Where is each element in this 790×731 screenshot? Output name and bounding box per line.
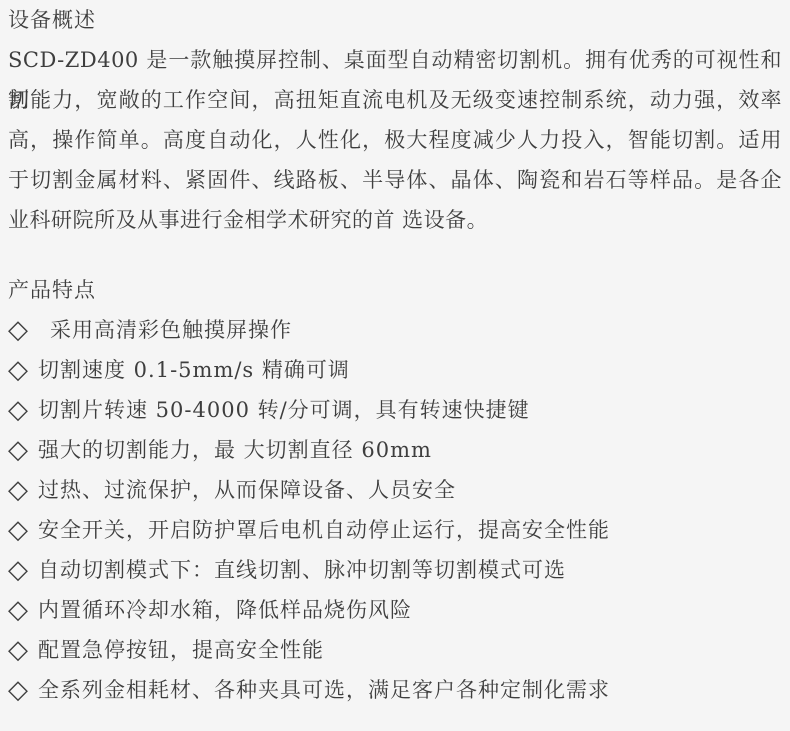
diamond-bullet-icon: ◇ (8, 470, 38, 510)
feature-text: 过热、过流保护，从而保障设备、人员安全 (38, 470, 456, 510)
feature-item: ◇ 切割速度 0.1-5mm/s 精确可调 (8, 350, 782, 390)
feature-item: ◇ 内置循环冷却水箱，降低样品烧伤风险 (8, 590, 782, 630)
feature-text: 配置急停按钮，提高安全性能 (38, 630, 324, 670)
diamond-bullet-icon: ◇ (8, 670, 38, 710)
overview-paragraph-line: 高，操作简单。高度自动化，人性化，极大程度减少人力投入，智能切割。适用 (8, 120, 782, 160)
diamond-bullet-icon: ◇ (8, 350, 38, 390)
feature-text: 安全开关，开启防护罩后电机自动停止运行，提高安全性能 (38, 510, 610, 550)
diamond-bullet-icon: ◇ (8, 550, 38, 590)
feature-item: ◇ 切割片转速 50-4000 转/分可调，具有转速快捷键 (8, 390, 782, 430)
feature-item: ◇ 强大的切割能力，最 大切割直径 60mm (8, 430, 782, 470)
feature-text: 切割速度 0.1-5mm/s 精确可调 (38, 350, 350, 390)
overview-paragraph-line: SCD-ZD400 是一款触摸屏控制、桌面型自动精密切割机。拥有优秀的可视性和切 (8, 40, 782, 80)
overview-paragraph-line: 割能力，宽敞的工作空间，高扭矩直流电机及无级变速控制系统，动力强，效率 (8, 80, 782, 120)
feature-text: 采用高清彩色触摸屏操作 (50, 310, 292, 350)
feature-list: ◇ 采用高清彩色触摸屏操作 ◇ 切割速度 0.1-5mm/s 精确可调 ◇ 切割… (8, 310, 782, 710)
feature-text: 自动切割模式下：直线切割、脉冲切割等切割模式可选 (38, 550, 566, 590)
feature-item: ◇ 配置急停按钮，提高安全性能 (8, 630, 782, 670)
feature-text: 内置循环冷却水箱，降低样品烧伤风险 (38, 590, 412, 630)
diamond-bullet-icon: ◇ (8, 510, 38, 550)
overview-paragraph-line: 业科研院所及从事进行金相学术研究的首 选设备。 (8, 200, 782, 240)
feature-text: 强大的切割能力，最 大切割直径 60mm (38, 430, 432, 470)
feature-item: ◇ 自动切割模式下：直线切割、脉冲切割等切割模式可选 (8, 550, 782, 590)
diamond-bullet-icon: ◇ (8, 310, 38, 350)
product-document: 设备概述 SCD-ZD400 是一款触摸屏控制、桌面型自动精密切割机。拥有优秀的… (0, 0, 790, 710)
overview-paragraph: SCD-ZD400 是一款触摸屏控制、桌面型自动精密切割机。拥有优秀的可视性和切… (8, 40, 782, 240)
overview-paragraph-line: 于切割金属材料、紧固件、线路板、半导体、晶体、陶瓷和岩石等样品。是各企 (8, 160, 782, 200)
features-heading: 产品特点 (8, 270, 782, 310)
diamond-bullet-icon: ◇ (8, 630, 38, 670)
feature-text: 切割片转速 50-4000 转/分可调，具有转速快捷键 (38, 390, 530, 430)
feature-item: ◇ 安全开关，开启防护罩后电机自动停止运行，提高安全性能 (8, 510, 782, 550)
diamond-bullet-icon: ◇ (8, 590, 38, 630)
overview-heading: 设备概述 (8, 0, 782, 40)
diamond-bullet-icon: ◇ (8, 390, 38, 430)
feature-item: ◇ 采用高清彩色触摸屏操作 (8, 310, 782, 350)
feature-item: ◇ 过热、过流保护，从而保障设备、人员安全 (8, 470, 782, 510)
feature-text: 全系列金相耗材、各种夹具可选，满足客户各种定制化需求 (38, 670, 610, 710)
diamond-bullet-icon: ◇ (8, 430, 38, 470)
feature-item: ◇ 全系列金相耗材、各种夹具可选，满足客户各种定制化需求 (8, 670, 782, 710)
